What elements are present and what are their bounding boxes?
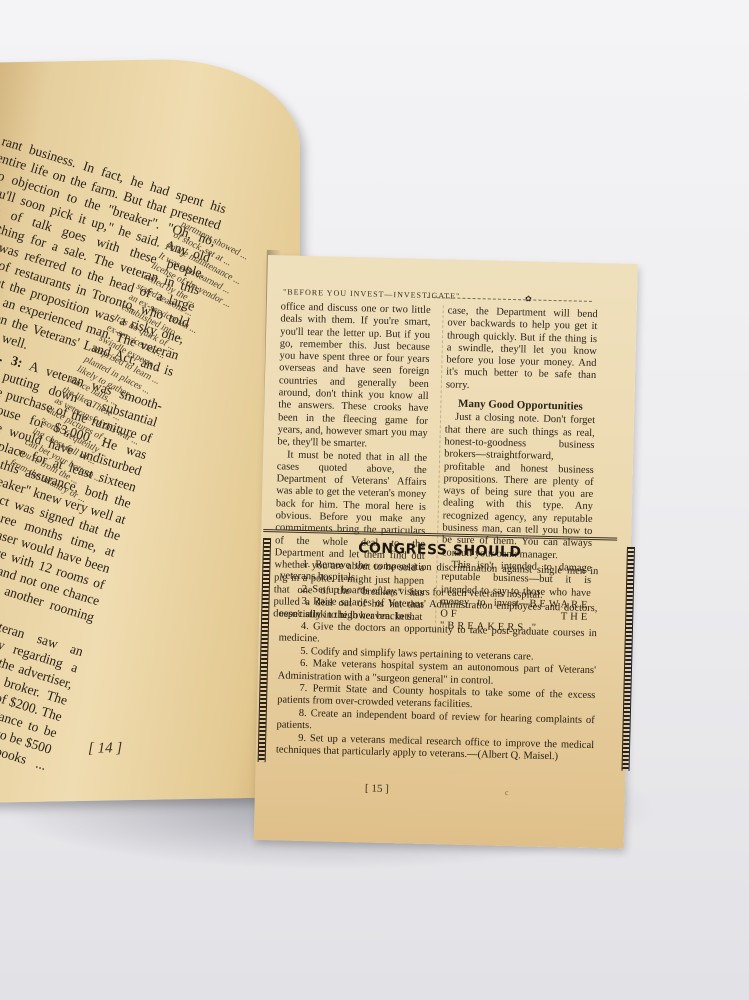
left-page-number: [ 14 ] <box>88 740 122 758</box>
right-page-number: [ 15 ] <box>365 783 389 796</box>
ornament-icon: ✿ <box>525 294 532 303</box>
chain-border-left <box>258 538 271 762</box>
paragraph: case, the Department will bend over back… <box>446 305 598 395</box>
right-page: "BEFORE YOU INVEST—INVESTIGATE" ✿ office… <box>254 255 638 849</box>
congress-list: 1. Remove the compensation discriminatio… <box>276 558 599 764</box>
running-head: "BEFORE YOU INVEST—INVESTIGATE" <box>283 287 563 303</box>
chain-border-right <box>622 547 635 771</box>
subheading: Many Good Opportunities <box>445 397 595 413</box>
corner-mark: c <box>505 788 509 797</box>
paragraph: office and discuss one or two little dea… <box>277 301 431 452</box>
left-page: rant business. In fact, he had spent his… <box>0 57 300 803</box>
congress-should-box: CONGRESS SHOULD 1. Remove the compensati… <box>258 529 617 763</box>
